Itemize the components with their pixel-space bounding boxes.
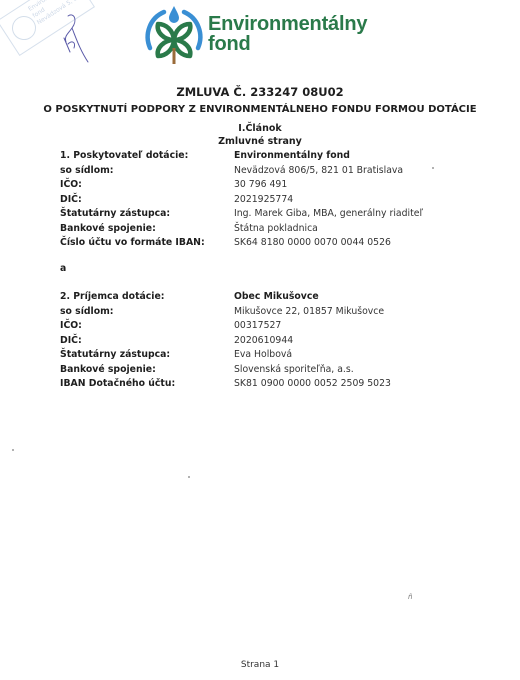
field-label: so sídlom: [60, 305, 114, 319]
field-label: Bankové spojenie: [60, 222, 156, 236]
field-label: DIČ: [60, 193, 82, 207]
field-label: 2. Príjemca dotácie: [60, 290, 165, 304]
field-value: Mikušovce 22, 01857 Mikušovce [234, 305, 384, 319]
environmental-fund-logo: Environmentálny fond [142, 4, 382, 66]
field-value: Eva Holbová [234, 348, 292, 362]
tree-leaf-drop-icon [142, 4, 206, 66]
field-label: IČO: [60, 319, 82, 333]
scan-speck [12, 449, 14, 451]
signature-icon [58, 12, 94, 64]
field-label: Číslo účtu vo formáte IBAN: [60, 236, 205, 250]
contract-title: ZMLUVA Č. 233247 08U02 [0, 85, 520, 99]
logo-wordmark: Environmentálny fond [208, 14, 367, 54]
contract-subtitle: O POSKYTNUTÍ PODPORY Z ENVIRONMENTÁLNEHO… [0, 104, 520, 115]
field-value: 30 796 491 [234, 178, 287, 192]
field-label: 1. Poskytovateľ dotácie: [60, 149, 188, 163]
field-value: 00317527 [234, 319, 281, 333]
field-value: 2021925774 [234, 193, 293, 207]
conjunction: a [60, 263, 66, 274]
field-value: Ing. Marek Giba, MBA, generálny riaditeľ [234, 207, 423, 221]
field-label: so sídlom: [60, 164, 114, 178]
field-value: Environmentálny fond [234, 149, 350, 163]
field-label: IBAN Dotačného účtu: [60, 377, 175, 391]
scan-speck [188, 476, 190, 478]
field-label: Bankové spojenie: [60, 363, 156, 377]
field-label: IČO: [60, 178, 82, 192]
field-value: 2020610944 [234, 334, 293, 348]
handwritten-initials: ñ [408, 593, 412, 601]
page-number: Strana 1 [0, 660, 520, 670]
field-label: DIČ: [60, 334, 82, 348]
field-label: Štatutárny zástupca: [60, 207, 170, 221]
scan-speck [432, 167, 434, 169]
field-value: Obec Mikušovce [234, 290, 319, 304]
field-value: Nevädzová 806/5, 821 01 Bratislava [234, 164, 403, 178]
field-value: Štátna pokladnica [234, 222, 318, 236]
field-value: SK64 8180 0000 0070 0044 0526 [234, 236, 391, 250]
article-title: Zmluvné strany [0, 136, 520, 147]
field-label: Štatutárny zástupca: [60, 348, 170, 362]
field-value: Slovenská sporiteľňa, a.s. [234, 363, 354, 377]
article-number: I.Článok [0, 123, 520, 134]
field-value: SK81 0900 0000 0052 2509 5023 [234, 377, 391, 391]
